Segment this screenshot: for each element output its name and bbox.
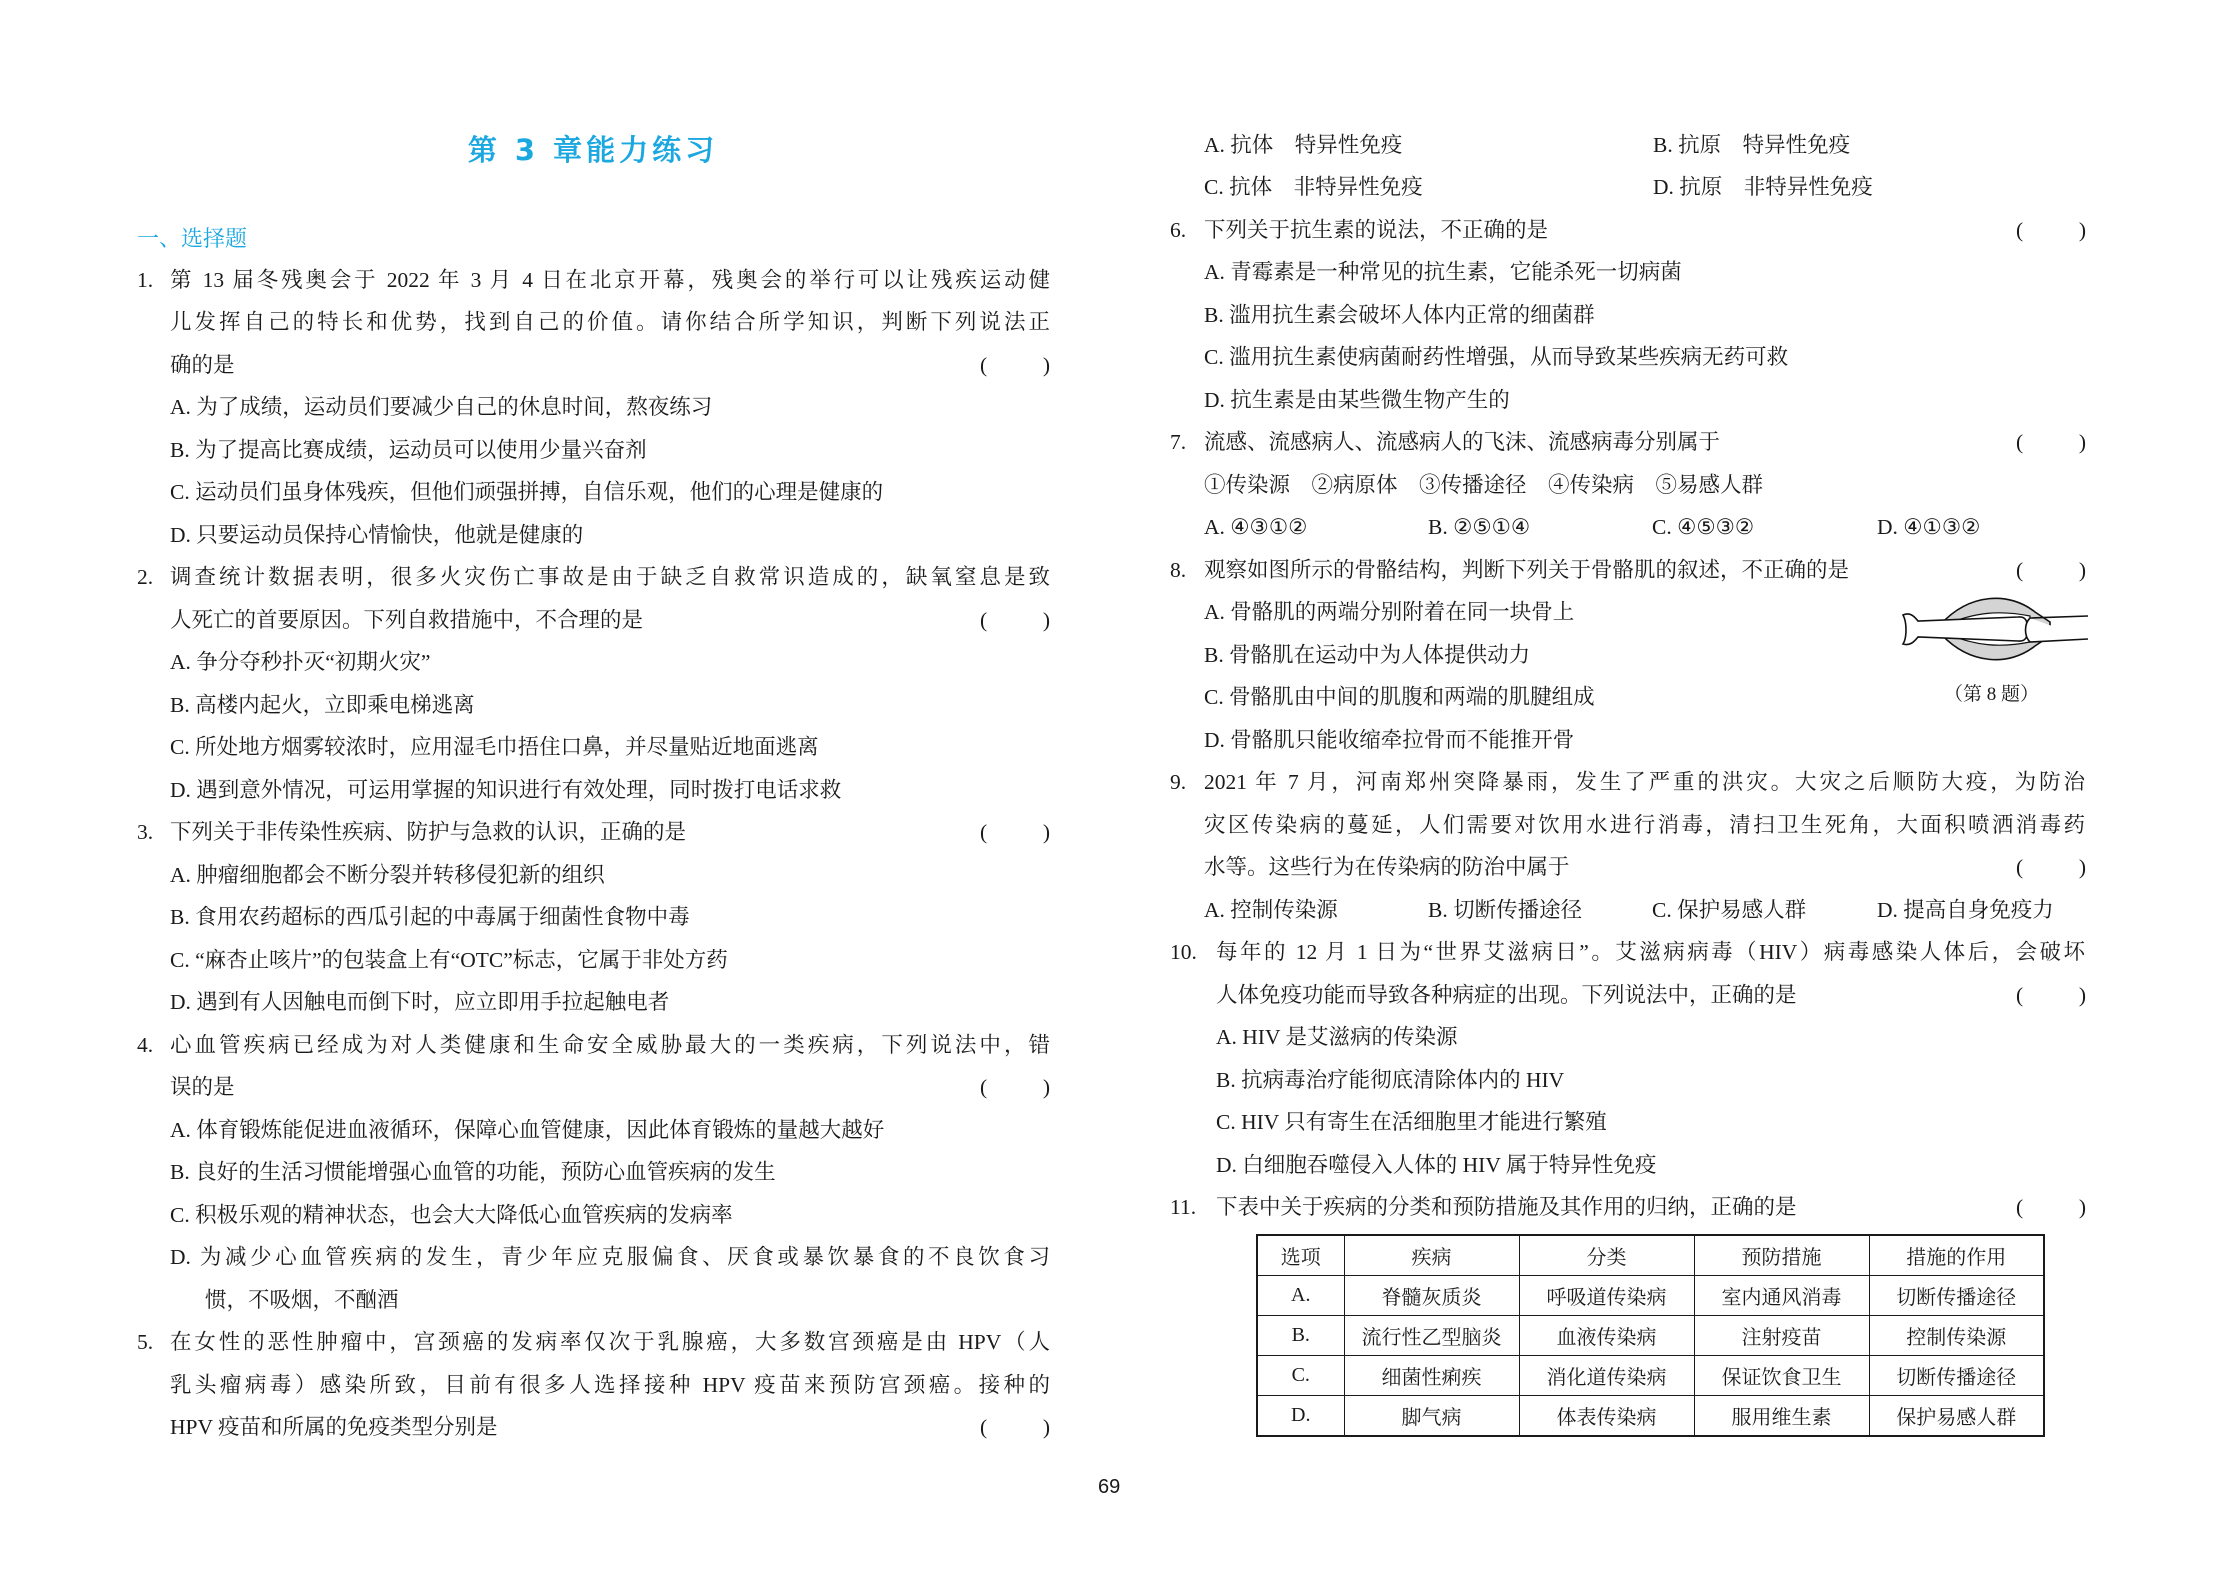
- option-a: A. 争分夺秒扑灭“初期火灾”: [170, 647, 430, 677]
- question-number: 11.: [1170, 1192, 1196, 1222]
- table-cell: 切断传播途径: [1869, 1276, 2044, 1316]
- answer-blank[interactable]: (): [2016, 1192, 2086, 1222]
- table-cell: 呼吸道传染病: [1519, 1276, 1694, 1316]
- option-a: A. 青霉素是一种常见的抗生素，它能杀死一切病菌: [1204, 257, 1682, 287]
- question-stem-line: 水等。这些行为在传染病的防治中属于: [1204, 852, 1570, 882]
- option-d: D. 骨骼肌只能收缩牵拉骨而不能推开骨: [1204, 725, 1574, 755]
- option-d: D. 遇到意外情况，可运用掌握的知识进行有效处理，同时拨打电话求救: [170, 775, 841, 805]
- table-row: C. 细菌性痢疾 消化道传染病 保证饮食卫生 切断传播途径: [1257, 1356, 2044, 1396]
- option-b: B. 滥用抗生素会破坏人体内正常的细菌群: [1204, 300, 1595, 330]
- option-a: A. ④③①②: [1204, 512, 1307, 542]
- header-cell: 分类: [1519, 1235, 1694, 1276]
- question-stem-line: 心血管疾病已经成为对人类健康和生命安全威胁最大的一类疾病，下列说法中，错: [170, 1030, 1050, 1060]
- table-cell: B.: [1257, 1316, 1344, 1356]
- option-a: A. 抗体 特异性免疫: [1204, 130, 1402, 160]
- option-b: B. 良好的生活习惯能增强心血管的功能，预防心血管疾病的发生: [170, 1157, 776, 1187]
- question-stem-line: 人死亡的首要原因。下列自救措施中，不合理的是: [170, 605, 643, 635]
- answer-blank[interactable]: (): [980, 1412, 1050, 1442]
- option-c: C. HIV 只有寄生在活细胞里才能进行繁殖: [1216, 1107, 1607, 1137]
- option-b: B. 为了提高比赛成绩，运动员可以使用少量兴奋剂: [170, 435, 647, 465]
- option-b: B. 食用农药超标的西瓜引起的中毒属于细菌性食物中毒: [170, 902, 690, 932]
- option-c: C. 抗体 非特异性免疫: [1204, 172, 1423, 202]
- table-cell: 脚气病: [1344, 1396, 1519, 1437]
- section-heading: 一、选择题: [137, 222, 247, 253]
- option-c: C. ④⑤③②: [1652, 512, 1754, 542]
- table-cell: D.: [1257, 1396, 1344, 1437]
- question-stem-line: 人体免疫功能而导致各种病症的出现。下列说法中，正确的是: [1216, 980, 1797, 1010]
- option-d: D. 为减少心血管疾病的发生，青少年应克服偏食、厌食或暴饮暴食的不良饮食习: [170, 1242, 1050, 1272]
- option-b: B. 骨骼肌在运动中为人体提供动力: [1204, 640, 1530, 670]
- header-cell: 疾病: [1344, 1235, 1519, 1276]
- table-cell: 室内通风消毒: [1694, 1276, 1869, 1316]
- option-b: B. ②⑤①④: [1428, 512, 1530, 542]
- option-c: C. 滥用抗生素使病菌耐药性增强，从而导致某些疾病无药可救: [1204, 342, 1788, 372]
- option-d-continued: 惯，不吸烟，不酗酒: [205, 1285, 399, 1315]
- question-stem-line: 灾区传染病的蔓延，人们需要对饮用水进行消毒，清扫卫生死角，大面积喷洒消毒药: [1204, 810, 2085, 840]
- table-cell: 体表传染病: [1519, 1396, 1694, 1437]
- option-a: A. 体育锻炼能促进血液循环，保障心血管健康，因此体育锻炼的量越大越好: [170, 1115, 884, 1145]
- option-a: A. HIV 是艾滋病的传染源: [1216, 1022, 1457, 1052]
- question-number: 6.: [1170, 215, 1186, 245]
- option-c: C. 所处地方烟雾较浓时，应用湿毛巾捂住口鼻，并尽量贴近地面逃离: [170, 732, 819, 762]
- table-cell: 服用维生素: [1694, 1396, 1869, 1437]
- skeletal-muscle-figure: [1900, 592, 2090, 666]
- question-number: 8.: [1170, 555, 1186, 585]
- question-number: 7.: [1170, 427, 1186, 457]
- option-a: A. 肿瘤细胞都会不断分裂并转移侵犯新的组织: [170, 860, 605, 890]
- option-b: B. 高楼内起火，立即乘电梯逃离: [170, 690, 475, 720]
- option-d: D. 遇到有人因触电而倒下时，应立即用手拉起触电者: [170, 987, 669, 1017]
- table-cell: 注射疫苗: [1694, 1316, 1869, 1356]
- option-d: D. 抗生素是由某些微生物产生的: [1204, 385, 1510, 415]
- question-stem-line: 误的是: [170, 1072, 235, 1102]
- option-d: D. 抗原 非特异性免疫: [1653, 172, 1873, 202]
- answer-blank[interactable]: (): [2016, 555, 2086, 585]
- header-cell: 选项: [1257, 1235, 1344, 1276]
- question-stem-line: 第 13 届冬残奥会于 2022 年 3 月 4 日在北京开幕，残奥会的举行可以…: [170, 265, 1050, 295]
- question-number: 5.: [137, 1327, 153, 1357]
- question-stem-line: 在女性的恶性肿瘤中，宫颈癌的发病率仅次于乳腺癌，大多数宫颈癌是由 HPV（人: [170, 1327, 1050, 1357]
- chapter-title: 第 3 章能力练习: [0, 128, 1186, 169]
- figure-caption: （第 8 题）: [1944, 681, 2039, 709]
- answer-blank[interactable]: (): [980, 817, 1050, 847]
- question-stem-line: 乳头瘤病毒）感染所致，目前有很多人选择接种 HPV 疫苗来预防宫颈癌。接种的: [170, 1370, 1050, 1400]
- question-stem-line: 流感、流感病人、流感病人的飞沫、流感病毒分别属于: [1204, 427, 1720, 457]
- table-cell: 切断传播途径: [1869, 1356, 2044, 1396]
- question-stem-line: 下表中关于疾病的分类和预防措施及其作用的归纳，正确的是: [1216, 1192, 1797, 1222]
- table-cell: 保护易感人群: [1869, 1396, 2044, 1437]
- table-cell: 控制传染源: [1869, 1316, 2044, 1356]
- header-cell: 预防措施: [1694, 1235, 1869, 1276]
- answer-blank[interactable]: (): [980, 350, 1050, 380]
- option-b: B. 抗原 特异性免疫: [1653, 130, 1850, 160]
- question-stem-line: 确的是: [170, 350, 235, 380]
- table-cell: 细菌性痢疾: [1344, 1356, 1519, 1396]
- table-cell: 保证饮食卫生: [1694, 1356, 1869, 1396]
- table-cell: 血液传染病: [1519, 1316, 1694, 1356]
- option-a: A. 为了成绩，运动员们要减少自己的休息时间，熬夜练习: [170, 392, 712, 422]
- table-cell: 消化道传染病: [1519, 1356, 1694, 1396]
- option-a: A. 骨骼肌的两端分别附着在同一块骨上: [1204, 597, 1574, 627]
- option-c: C. 保护易感人群: [1652, 895, 1806, 925]
- option-a: A. 控制传染源: [1204, 895, 1338, 925]
- answer-blank[interactable]: (): [2016, 852, 2086, 882]
- option-d: D. 白细胞吞噬侵入人体的 HIV 属于特异性免疫: [1216, 1150, 1656, 1180]
- option-c: C. “麻杏止咳片”的包装盒上有“OTC”标志，它属于非处方药: [170, 945, 728, 975]
- question-stem-line: 下列关于抗生素的说法，不正确的是: [1204, 215, 1548, 245]
- option-c: C. 积极乐观的精神状态，也会大大降低心血管疾病的发病率: [170, 1200, 733, 1230]
- table-header-row: 选项 疾病 分类 预防措施 措施的作用: [1257, 1235, 2044, 1276]
- option-c: C. 运动员们虽身体残疾，但他们顽强拼搏，自信乐观，他们的心理是健康的: [170, 477, 883, 507]
- answer-blank[interactable]: (): [2016, 427, 2086, 457]
- option-b: B. 抗病毒治疗能彻底清除体内的 HIV: [1216, 1065, 1564, 1095]
- answer-blank[interactable]: (): [2016, 980, 2086, 1010]
- table-cell: 流行性乙型脑炎: [1344, 1316, 1519, 1356]
- disease-table: 选项 疾病 分类 预防措施 措施的作用 A. 脊髓灰质炎 呼吸道传染病 室内通风…: [1256, 1234, 2045, 1437]
- option-b: B. 切断传播途径: [1428, 895, 1582, 925]
- table-cell: C.: [1257, 1356, 1344, 1396]
- question-number: 2.: [137, 562, 153, 592]
- option-d: D. ④①③②: [1877, 512, 1980, 542]
- table-cell: A.: [1257, 1276, 1344, 1316]
- option-c: C. 骨骼肌由中间的肌腹和两端的肌腱组成: [1204, 682, 1595, 712]
- header-cell: 措施的作用: [1869, 1235, 2044, 1276]
- numbered-items: ①传染源 ②病原体 ③传播途径 ④传染病 ⑤易感人群: [1204, 470, 1763, 500]
- question-number: 3.: [137, 817, 153, 847]
- table-row: D. 脚气病 体表传染病 服用维生素 保护易感人群: [1257, 1396, 2044, 1437]
- question-number: 10.: [1170, 937, 1197, 967]
- question-number: 4.: [137, 1030, 153, 1060]
- answer-blank[interactable]: (): [980, 1072, 1050, 1102]
- option-d: D. 提高自身免疫力: [1877, 895, 2054, 925]
- question-stem-line: 调查统计数据表明，很多火灾伤亡事故是由于缺乏自救常识造成的，缺氧窒息是致: [170, 562, 1050, 592]
- question-stem-line: 下列关于非传染性疾病、防护与急救的认识，正确的是: [170, 817, 686, 847]
- question-stem-line: 儿发挥自己的特长和优势，找到自己的价值。请你结合所学知识，判断下列说法正: [170, 307, 1050, 337]
- answer-blank[interactable]: (): [2016, 215, 2086, 245]
- question-stem-line: 每年的 12 月 1 日为“世界艾滋病日”。艾滋病病毒（HIV）病毒感染人体后，…: [1216, 937, 2085, 967]
- question-stem-line: 观察如图所示的骨骼结构，判断下列关于骨骼肌的叙述，不正确的是: [1204, 555, 1849, 585]
- question-stem-line: HPV 疫苗和所属的免疫类型分别是: [170, 1412, 498, 1442]
- page-number: 69: [1098, 1476, 1120, 1499]
- option-d: D. 只要运动员保持心情愉快，他就是健康的: [170, 520, 583, 550]
- answer-blank[interactable]: (): [980, 605, 1050, 635]
- question-number: 9.: [1170, 767, 1186, 797]
- question-stem-line: 2021 年 7 月，河南郑州突降暴雨，发生了严重的洪灾。大灾之后顺防大疫，为防…: [1204, 767, 2085, 797]
- table-cell: 脊髓灰质炎: [1344, 1276, 1519, 1316]
- question-number: 1.: [137, 265, 153, 295]
- table-row: A. 脊髓灰质炎 呼吸道传染病 室内通风消毒 切断传播途径: [1257, 1276, 2044, 1316]
- table-row: B. 流行性乙型脑炎 血液传染病 注射疫苗 控制传染源: [1257, 1316, 2044, 1356]
